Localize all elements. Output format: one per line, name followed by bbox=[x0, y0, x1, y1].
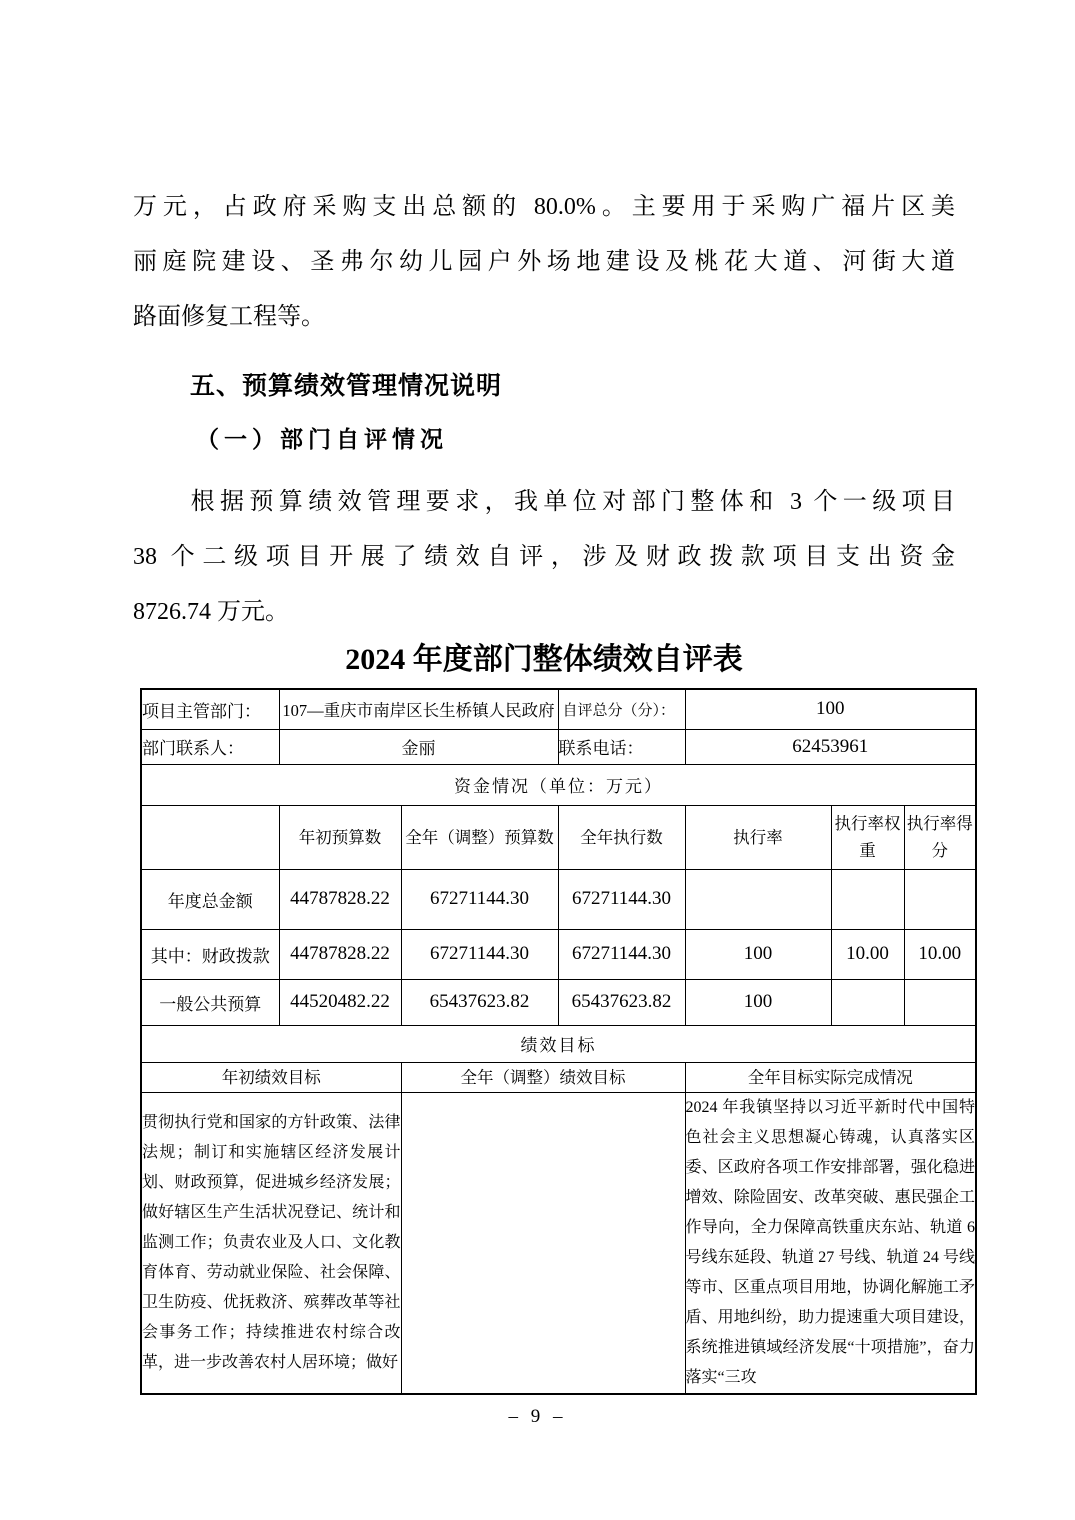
funds-cell-initial: 44787828.22 bbox=[279, 869, 401, 929]
paragraph-line: 根据预算绩效管理要求，我单位对部门整体和 3 个一级项目 bbox=[133, 475, 955, 530]
paragraph-line: 丽庭院建设、圣弗尔幼儿园户外场地建设及桃花大道、河街大道 bbox=[133, 235, 955, 290]
page-number: – 9 – bbox=[0, 1406, 1075, 1428]
funds-header-empty bbox=[141, 805, 279, 869]
funds-cell-initial: 44520482.22 bbox=[279, 979, 401, 1025]
funds-cell-executed: 67271144.30 bbox=[558, 869, 685, 929]
funds-row-label: 年度总金额 bbox=[141, 869, 279, 929]
funds-cell-rate: 100 bbox=[685, 979, 831, 1025]
goals-content-row: 贯彻执行党和国家的方针政策、法律法规；制订和实施辖区经济发展计划、财政预算，促进… bbox=[141, 1092, 976, 1394]
funds-cell-rate bbox=[685, 869, 831, 929]
subsection-heading: （一）部门自评情况 bbox=[196, 421, 448, 454]
funds-cell-executed: 67271144.30 bbox=[558, 929, 685, 979]
contact-value: 金丽 bbox=[279, 729, 558, 764]
funds-cell-weight bbox=[831, 869, 904, 929]
goals-header-adjusted: 全年（调整）绩效目标 bbox=[401, 1062, 685, 1092]
paragraph-line: 路面修复工程等。 bbox=[133, 290, 955, 345]
paragraph-line: 38 个二级项目开展了绩效自评，涉及财政拨款项目支出资金 bbox=[133, 530, 955, 585]
phone-value: 62453961 bbox=[685, 729, 976, 764]
funds-row-public-budget: 一般公共预算 44520482.22 65437623.82 65437623.… bbox=[141, 979, 976, 1025]
goals-header-actual: 全年目标实际完成情况 bbox=[685, 1062, 976, 1092]
funds-header-executed: 全年执行数 bbox=[558, 805, 685, 869]
funds-cell-adjusted: 67271144.30 bbox=[401, 929, 558, 979]
funds-header-rate-weight: 执行率权重 bbox=[831, 805, 904, 869]
phone-label: 联系电话： bbox=[558, 729, 685, 764]
goals-initial-text: 贯彻执行党和国家的方针政策、法律法规；制订和实施辖区经济发展计划、财政预算，促进… bbox=[141, 1092, 401, 1394]
goals-header-row: 年初绩效目标 全年（调整）绩效目标 全年目标实际完成情况 bbox=[141, 1062, 976, 1092]
funds-row-label: 一般公共预算 bbox=[141, 979, 279, 1025]
funds-header-rate: 执行率 bbox=[685, 805, 831, 869]
funds-cell-rate: 100 bbox=[685, 929, 831, 979]
body-paragraph-self-eval: 根据预算绩效管理要求，我单位对部门整体和 3 个一级项目 38 个二级项目开展了… bbox=[133, 475, 955, 640]
funds-cell-executed: 65437623.82 bbox=[558, 979, 685, 1025]
funds-header-rate-score: 执行率得分 bbox=[904, 805, 976, 869]
goals-section-title: 绩效目标 bbox=[141, 1025, 976, 1062]
funds-cell-initial: 44787828.22 bbox=[279, 929, 401, 979]
body-paragraph-procurement: 万元，占政府采购支出总额的 80.0%。主要用于采购广福片区美 丽庭院建设、圣弗… bbox=[133, 180, 955, 345]
funds-row-total: 年度总金额 44787828.22 67271144.30 67271144.3… bbox=[141, 869, 976, 929]
score-value: 100 bbox=[685, 689, 976, 729]
contact-label: 部门联系人： bbox=[141, 729, 279, 764]
funds-header-row: 年初预算数 全年（调整）预算数 全年执行数 执行率 执行率权重 执行率得分 bbox=[141, 805, 976, 869]
paragraph-line: 万元，占政府采购支出总额的 80.0%。主要用于采购广福片区美 bbox=[133, 180, 955, 235]
section-heading: 五、预算绩效管理情况说明 bbox=[190, 366, 502, 402]
funds-row-fiscal: 其中：财政拨款 44787828.22 67271144.30 67271144… bbox=[141, 929, 976, 979]
goals-actual-text: 2024 年我镇坚持以习近平新时代中国特色社会主义思想凝心铸魂，认真落实区委、区… bbox=[685, 1092, 976, 1394]
dept-value: 107—重庆市南岸区长生桥镇人民政府 bbox=[279, 689, 558, 729]
goals-adjusted-text bbox=[401, 1092, 685, 1394]
info-row-dept: 项目主管部门： 107—重庆市南岸区长生桥镇人民政府 自评总分（分）： 100 bbox=[141, 689, 976, 729]
goals-section-row: 绩效目标 bbox=[141, 1025, 976, 1062]
funds-header-initial: 年初预算数 bbox=[279, 805, 401, 869]
funds-header-adjusted: 全年（调整）预算数 bbox=[401, 805, 558, 869]
table-title: 2024 年度部门整体绩效自评表 bbox=[133, 634, 955, 678]
funds-cell-weight bbox=[831, 979, 904, 1025]
funds-cell-adjusted: 67271144.30 bbox=[401, 869, 558, 929]
funds-cell-score: 10.00 bbox=[904, 929, 976, 979]
funds-section-row: 资金情况（单位：万元） bbox=[141, 764, 976, 805]
funds-cell-score bbox=[904, 979, 976, 1025]
funds-cell-score bbox=[904, 869, 976, 929]
funds-cell-weight: 10.00 bbox=[831, 929, 904, 979]
funds-cell-adjusted: 65437623.82 bbox=[401, 979, 558, 1025]
document-page: 万元，占政府采购支出总额的 80.0%。主要用于采购广福片区美 丽庭院建设、圣弗… bbox=[0, 0, 1075, 1520]
funds-row-label: 其中：财政拨款 bbox=[141, 929, 279, 979]
goals-header-initial: 年初绩效目标 bbox=[141, 1062, 401, 1092]
score-label: 自评总分（分）： bbox=[558, 689, 685, 729]
self-evaluation-table: 项目主管部门： 107—重庆市南岸区长生桥镇人民政府 自评总分（分）： 100 … bbox=[140, 688, 977, 1395]
dept-label: 项目主管部门： bbox=[141, 689, 279, 729]
funds-section-title: 资金情况（单位：万元） bbox=[141, 764, 976, 805]
info-row-contact: 部门联系人： 金丽 联系电话： 62453961 bbox=[141, 729, 976, 764]
paragraph-line: 8726.74 万元。 bbox=[133, 585, 955, 640]
